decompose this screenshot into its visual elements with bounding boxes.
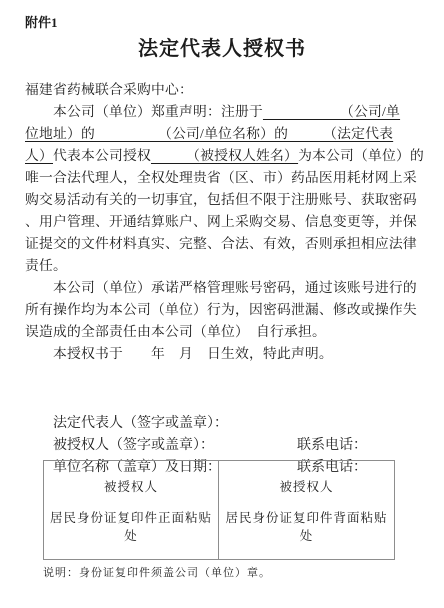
- body-line: 、用户管理、开通结算账户、网上采购交易、信息变更等，并保: [25, 211, 427, 233]
- body-line: 福建省药械联合采购中心：: [25, 79, 427, 101]
- body-paragraphs: 福建省药械联合采购中心： 本公司（单位）郑重声明：注册于 （公司/单位地址）的 …: [25, 79, 427, 365]
- underlined-fill-in-segment: （被授权人姓名）: [151, 148, 298, 163]
- text-segment: 所有操作均为本公司（单位）行为，因密码泄漏、修改或操作失: [25, 302, 417, 317]
- signature-row-legal-rep: 法定代表人（签字或盖章）： 联系电话：: [25, 391, 427, 413]
- body-line: 人）代表本公司授权 （被授权人姓名）为本公司（单位）的: [25, 145, 427, 167]
- body-line: 本授权书于 年 月 日生效，特此声明。: [25, 343, 427, 365]
- text-segment: 福建省药械联合采购中心：: [25, 82, 193, 97]
- paste-cell-holder-label: 被授权人: [279, 477, 333, 495]
- signature-block: 法定代表人（签字或盖章）： 联系电话： 被授权人（签字或盖章）： 联系电话： 单…: [25, 391, 427, 457]
- underlined-fill-in-segment: 位地址）的 （公司/单位名称）的 （法定代表: [25, 126, 393, 141]
- underlined-fill-in-segment: 人）: [25, 148, 53, 163]
- id-copy-paste-table: 被授权人 居民身份证复印件正面粘贴处 被授权人 居民身份证复印件背面粘贴处: [43, 460, 395, 560]
- body-line: 位地址）的 （公司/单位名称）的 （法定代表: [25, 123, 427, 145]
- body-line: 唯一合法代理人，全权处理贵省（区、市）药品医用耗材网上采: [25, 167, 427, 189]
- text-segment: 购交易活动有关的一切事宜，包括但不限于注册账号、获取密码: [25, 192, 417, 207]
- text-segment: 本公司（单位）郑重声明：注册于: [25, 104, 263, 119]
- footnote: 说明：身份证复印件须盖公司（单位）章。: [43, 564, 271, 580]
- authorization-letter-page: 附件1 法定代表人授权书 福建省药械联合采购中心： 本公司（单位）郑重声明：注册…: [0, 0, 444, 608]
- id-back-paste-cell: 被授权人 居民身份证复印件背面粘贴处: [219, 460, 395, 560]
- body-line: 证提交的文件材料真实、完整、合法、有效，否则承担相应法律: [25, 233, 427, 255]
- body-line: 购交易活动有关的一切事宜，包括但不限于注册账号、获取密码: [25, 189, 427, 211]
- text-segment: 责任。: [25, 258, 67, 273]
- body-line: 误造成的全部责任由本公司（单位） 自行承担。: [25, 321, 427, 343]
- text-segment: 证提交的文件材料真实、完整、合法、有效，否则承担相应法律: [25, 236, 417, 251]
- text-segment: 本公司（单位）承诺严格管理账号密码，通过该账号进行的: [25, 280, 417, 295]
- body-line: 所有操作均为本公司（单位）行为，因密码泄漏、修改或操作失: [25, 299, 427, 321]
- paste-cell-instruction: 居民身份证复印件背面粘贴处: [219, 508, 394, 544]
- text-segment: 误造成的全部责任由本公司（单位） 自行承担。: [25, 324, 326, 339]
- paste-cell-holder-label: 被授权人: [104, 477, 158, 495]
- body-line: 本公司（单位）郑重声明：注册于 （公司/单: [25, 101, 427, 123]
- signature-row-authorized-person: 被授权人（签字或盖章）： 联系电话：: [25, 413, 427, 435]
- body-line: 责任。: [25, 255, 427, 277]
- text-segment: 唯一合法代理人，全权处理贵省（区、市）药品医用耗材网上采: [25, 170, 417, 185]
- paste-cell-instruction: 居民身份证复印件正面粘贴处: [44, 508, 218, 544]
- body-line: 本公司（单位）承诺严格管理账号密码，通过该账号进行的: [25, 277, 427, 299]
- id-front-paste-cell: 被授权人 居民身份证复印件正面粘贴处: [43, 460, 219, 560]
- text-segment: 为本公司（单位）的: [298, 148, 424, 163]
- attachment-label: 附件1: [25, 12, 58, 31]
- underlined-fill-in-segment: （公司/单: [263, 104, 400, 119]
- text-segment: 、用户管理、开通结算账户、网上采购交易、信息变更等，并保: [25, 214, 417, 229]
- text-segment: 本授权书于 年 月 日生效，特此声明。: [25, 346, 333, 361]
- signature-row-company-seal: 单位名称（盖章）及日期：: [25, 435, 427, 457]
- text-segment: 代表本公司授权: [53, 148, 151, 163]
- page-title: 法定代表人授权书: [0, 32, 444, 61]
